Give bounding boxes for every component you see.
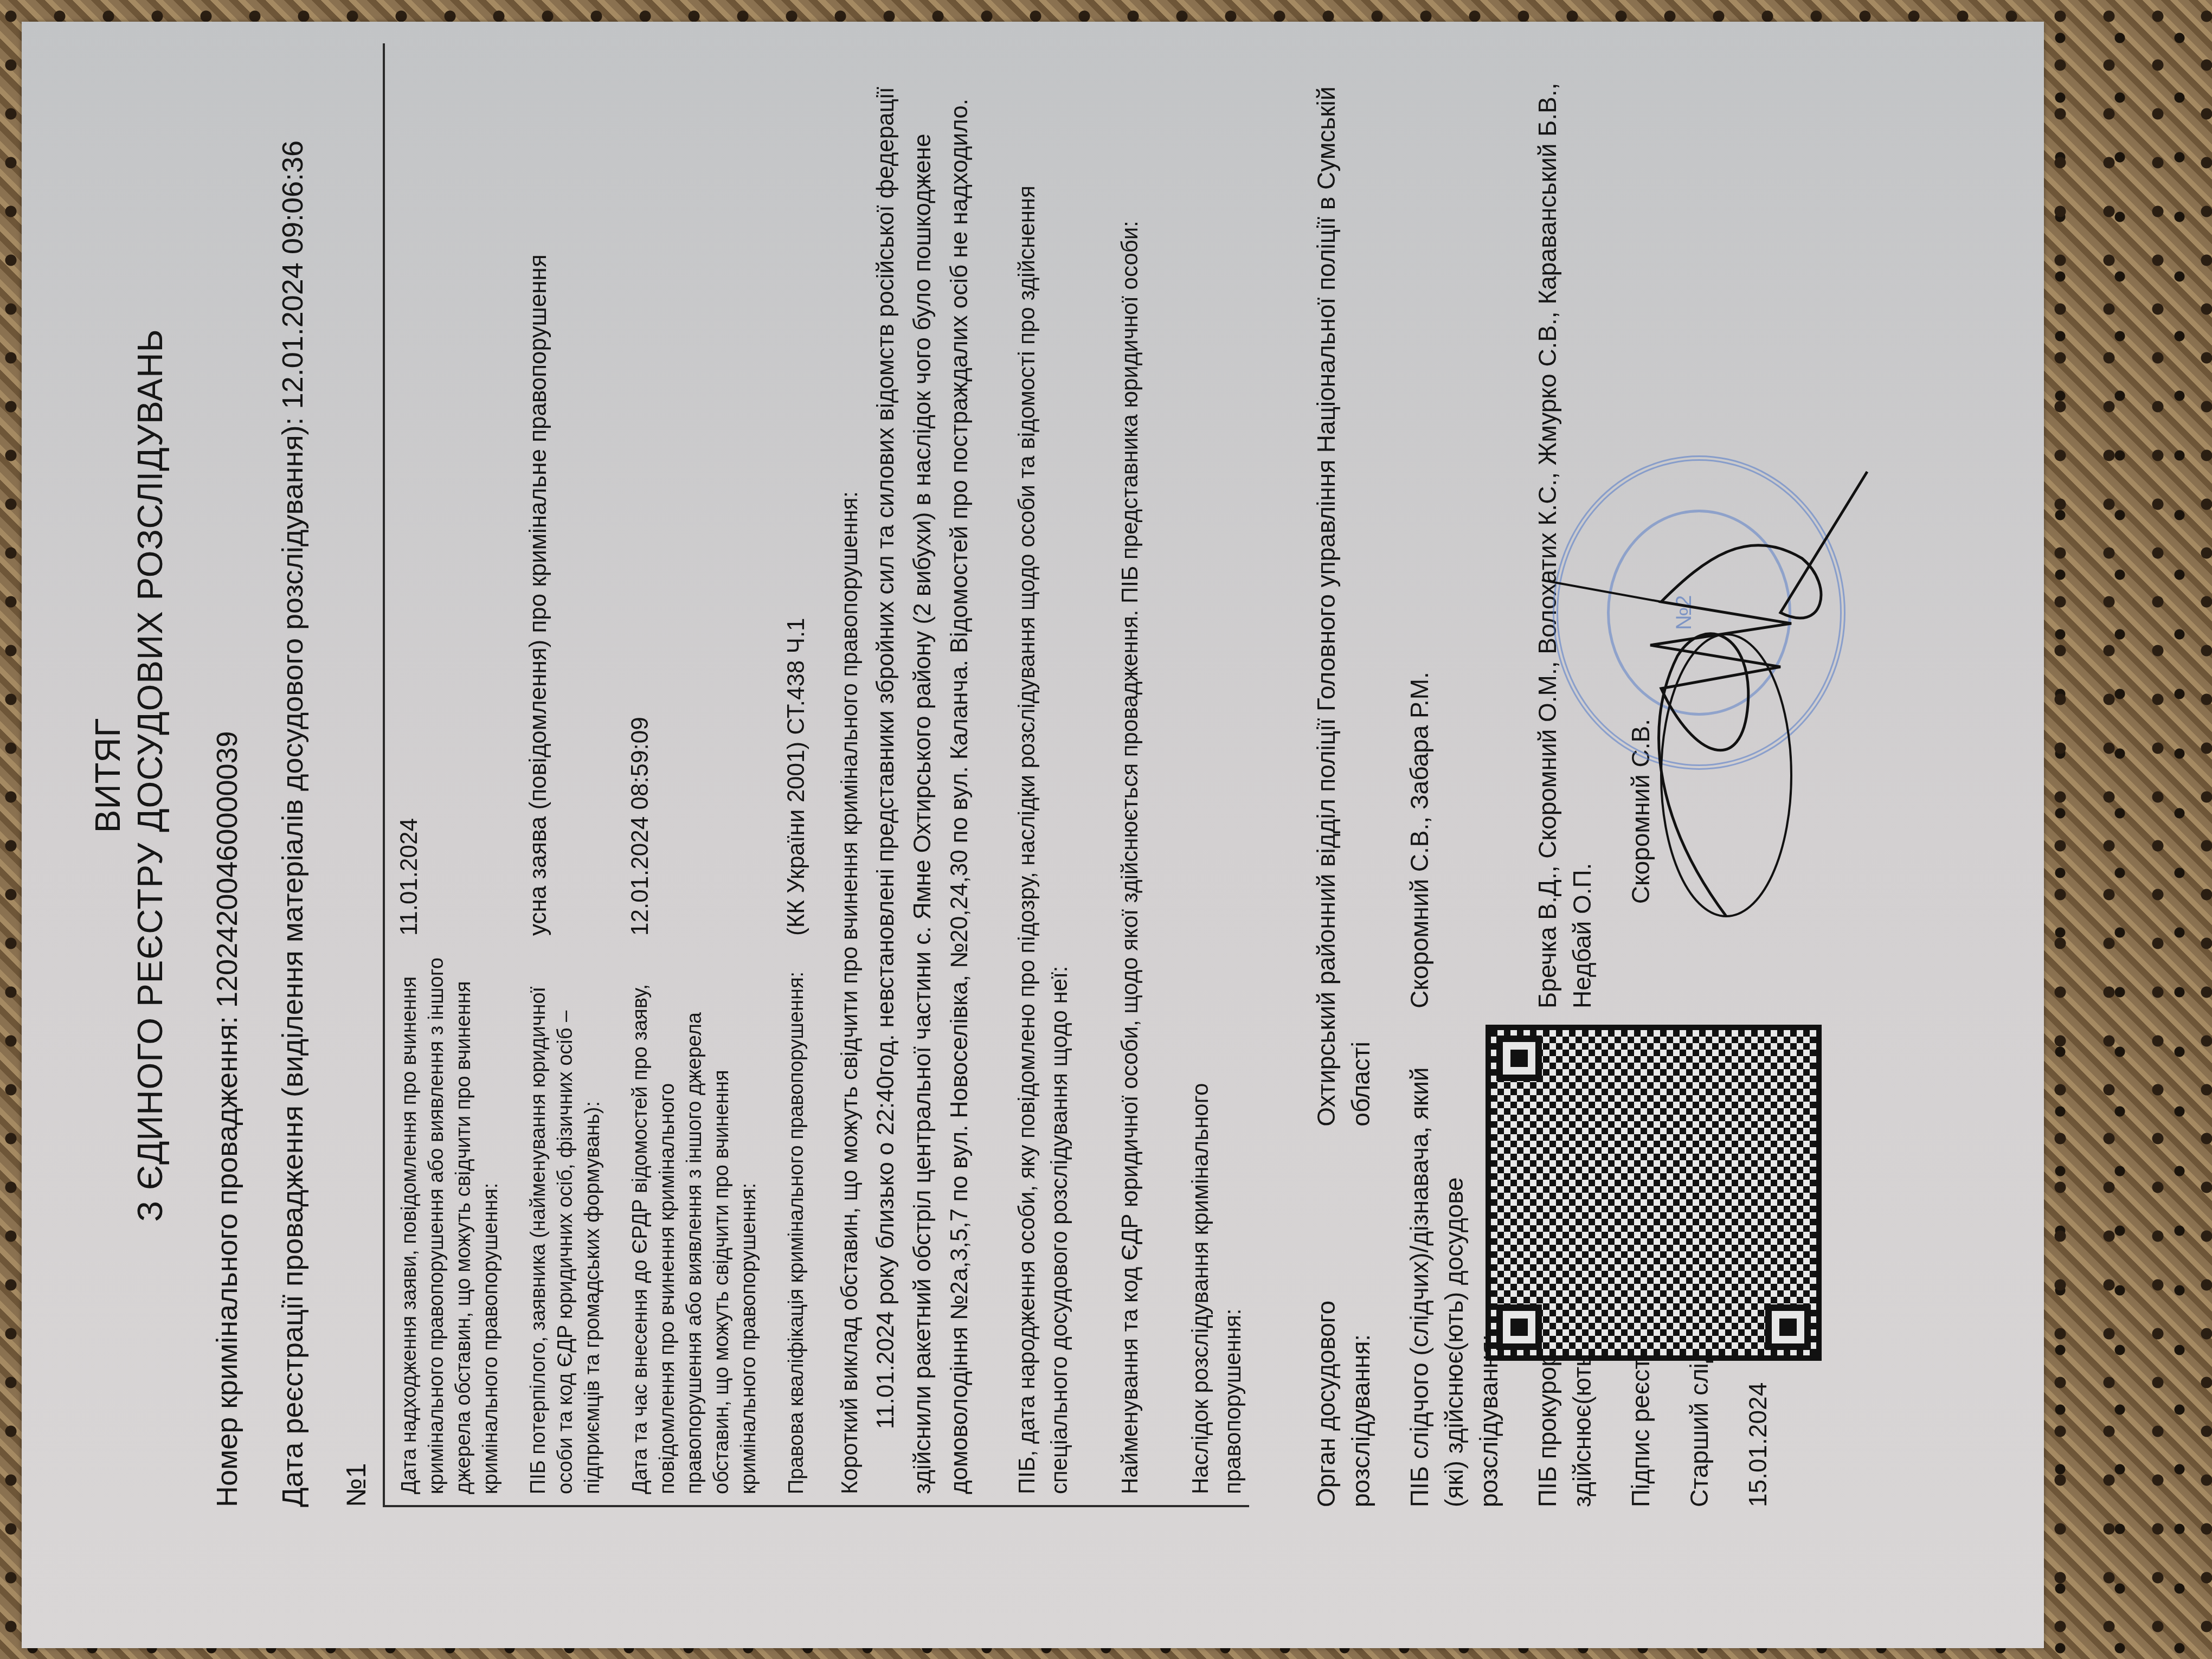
registration-label: Дата реєстрації провадження (виділення м… xyxy=(276,417,309,1507)
authority-value: Охтирський районний відділ поліції Голов… xyxy=(1309,43,1378,1137)
table-row: Дата та час внесення до ЄРДР відомостей … xyxy=(627,54,762,1494)
qr-finder xyxy=(1496,1036,1542,1081)
row-label: ПІБ потерпілого, заявника (найменування … xyxy=(525,952,606,1494)
row-value: 12.01.2024 08:59:09 xyxy=(627,717,762,952)
row-value: усна заява (повідомлення) про кримінальн… xyxy=(525,254,606,952)
title-line-1: ВИТЯГ xyxy=(87,43,129,1507)
document-page: ВИТЯГ З ЄДИНОГО РЕЄСТРУ ДОСУДОВИХ РОЗСЛІ… xyxy=(22,22,2044,1648)
entry-number: №1 xyxy=(340,43,372,1507)
summary-text: 11.01.2024 року близько о 22:40год. невс… xyxy=(867,54,978,1494)
legal-entity-label: Найменування та код ЄДР юридичної особи,… xyxy=(1114,54,1146,1494)
row-label: Дата та час внесення до ЄРДР відомостей … xyxy=(627,952,762,1494)
case-number: 12024200460000039 xyxy=(211,731,243,1008)
document-title: ВИТЯГ З ЄДИНОГО РЕЄСТРУ ДОСУДОВИХ РОЗСЛІ… xyxy=(87,43,171,1507)
title-line-2: З ЄДИНОГО РЕЄСТРУ ДОСУДОВИХ РОЗСЛІДУВАНЬ xyxy=(129,43,171,1507)
table-row: Правова кваліфікація кримінального право… xyxy=(783,54,810,1494)
table-row: Дата надходження заяви, повідомлення про… xyxy=(396,54,504,1494)
investigators-value: Скоромний С.В., Забара Р.М. xyxy=(1402,672,1506,1019)
outcome-label: Наслідок розслідування кримінального пра… xyxy=(1184,1006,1249,1494)
registration-line: Дата реєстрації провадження (виділення м… xyxy=(275,43,311,1507)
qr-finder xyxy=(1496,1304,1542,1350)
document-date: 15.01.2024 xyxy=(1740,1382,1775,1507)
case-number-line: Номер кримінального провадження: 1202420… xyxy=(209,43,245,1507)
row-label: Правова кваліфікація кримінального право… xyxy=(783,952,810,1494)
handwritten-signature xyxy=(1499,450,1878,938)
authority-label: Орган досудового розслідування: xyxy=(1309,1137,1378,1507)
qr-finder xyxy=(1765,1304,1811,1350)
row-value: (КК України 2001) СТ.438 Ч.1 xyxy=(783,618,810,952)
registration-datetime: 12.01.2024 09:06:36 xyxy=(276,140,309,409)
suspect-label: ПІБ, дата народження особи, яку повідомл… xyxy=(1011,54,1076,1494)
row-value: 11.01.2024 xyxy=(396,818,504,952)
summary-label: Короткий виклад обставин, що можуть свід… xyxy=(832,54,867,1494)
details-table: Дата надходження заяви, повідомлення про… xyxy=(383,43,1249,1507)
table-row: ПІБ потерпілого, заявника (найменування … xyxy=(525,54,606,1494)
authority-row: Орган досудового розслідування: Охтирськ… xyxy=(1309,43,1378,1507)
qr-code xyxy=(1486,1025,1822,1361)
row-label: Дата надходження заяви, повідомлення про… xyxy=(396,952,504,1494)
case-number-label: Номер кримінального провадження: xyxy=(211,1016,243,1507)
